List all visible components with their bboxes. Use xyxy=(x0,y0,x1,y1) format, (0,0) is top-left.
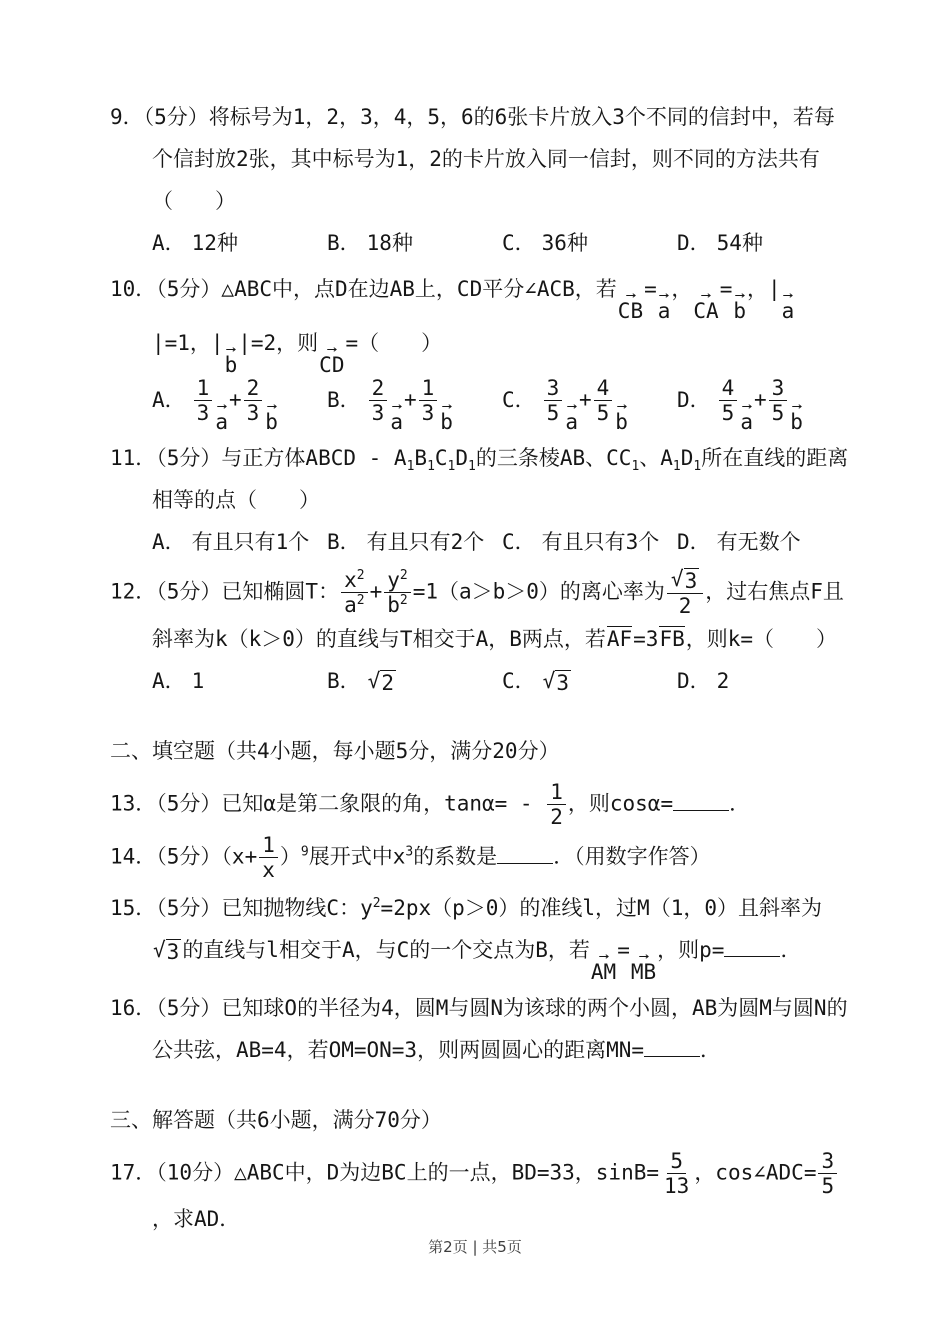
vector-a: →a xyxy=(215,402,228,433)
text-run: + xyxy=(579,388,592,412)
fraction-denominator: b2 xyxy=(384,593,410,617)
fraction: 1x xyxy=(259,833,278,882)
subscript: 1 xyxy=(427,459,435,474)
vector-base: MB xyxy=(631,961,656,983)
fraction: 13 xyxy=(194,376,213,425)
vector-base: AM xyxy=(591,961,616,983)
vector-arrow-icon: → xyxy=(327,345,338,354)
fraction-denominator: 3 xyxy=(194,401,213,425)
vector-base: a xyxy=(782,300,795,322)
radical-icon: √ xyxy=(153,939,166,964)
fraction-numerator: 1 xyxy=(194,376,213,401)
vector-b: →b xyxy=(790,402,803,433)
text-run: 1 xyxy=(197,376,210,400)
vector-arrow-icon: → xyxy=(266,402,277,411)
text-run: ，| xyxy=(747,277,781,301)
overline-AF: AF xyxy=(607,626,632,651)
option-label: D． xyxy=(677,231,711,255)
answer-blank xyxy=(497,843,553,864)
text-run: a xyxy=(344,593,357,617)
question-12: 12．（5分）已知椭圆T：x2a2+y2b2=1（a＞b＞0）的离心率为√32，… xyxy=(110,567,852,702)
exam-page: 9．（5分）将标号为1，2，3，4，5，6的6张卡片放入3个不同的信封中，若每个… xyxy=(0,0,950,1344)
option-label: C． xyxy=(502,530,536,554)
question-13: 13．（5分）已知α是第二象限的角，tanα= - 12，则cosα=． xyxy=(110,780,852,829)
question-11-option-D: D．有无数个 xyxy=(677,521,852,563)
answer-blank xyxy=(644,1036,700,1057)
vector-base: a xyxy=(565,411,578,433)
question-11: 11．（5分）与正方体ABCD - A1B1C1D1的三条棱AB、CC1、A1D… xyxy=(110,437,852,563)
overline-FB: FB xyxy=(659,626,684,651)
vector-CA: →CA xyxy=(693,291,718,322)
option-label: A． xyxy=(152,388,186,412)
vector-b: →b xyxy=(265,402,278,433)
fraction-denominator: 3 xyxy=(244,401,263,425)
option-label: A． xyxy=(152,669,186,693)
exam-content: 9．（5分）将标号为1，2，3，4，5，6的6张卡片放入3个不同的信封中，若每个… xyxy=(110,96,852,1244)
text-run: ．（用数字作答） xyxy=(553,845,711,869)
text-run: 13 xyxy=(664,1174,689,1198)
vector-base: CD xyxy=(319,354,344,376)
radical-icon: √ xyxy=(543,670,556,695)
fraction-numerator: 5 xyxy=(667,1149,686,1174)
text-run: 9．（5分）将标号为1，2，3，4，5，6的6张卡片放入3个不同的信封中，若每个… xyxy=(110,105,835,213)
vector-arrow-icon: → xyxy=(625,291,636,300)
text-run: 12种 xyxy=(192,231,238,255)
text-run: 15．（5分）已知抛物线C：y xyxy=(110,896,373,920)
radicand: 3 xyxy=(555,670,571,695)
fraction-denominator: 13 xyxy=(661,1174,692,1198)
sqrt-2: √2 xyxy=(368,670,396,695)
text-run: 54种 xyxy=(717,231,763,255)
fraction: 45 xyxy=(719,376,738,425)
fraction-numerator: 3 xyxy=(544,376,563,401)
text-run: ， xyxy=(671,277,692,301)
text-run: 的直线与l相交于A，与C的一个交点为B，若 xyxy=(182,938,590,962)
question-16: 16．（5分）已知球O的半径为4，圆M与圆N为该球的两个小圆，AB为圆M与圆N的… xyxy=(110,987,852,1071)
question-17-text: 17．（10分）△ABC中，D为边BC上的一点，BD=33，sinB=513，c… xyxy=(110,1149,852,1240)
question-11-option-A: A．有且只有1个 xyxy=(152,521,327,563)
question-9-options: A．12种B．18种C．36种D．54种 xyxy=(152,222,852,264)
fraction-denominator: 3 xyxy=(419,401,438,425)
text-run: 3 xyxy=(197,401,210,425)
text-run: 3 xyxy=(772,376,785,400)
question-11-option-B: B．有且只有2个 xyxy=(327,521,502,563)
text-run: 有无数个 xyxy=(717,530,801,554)
fraction-numerator: 1 xyxy=(259,833,278,858)
text-run: 2 xyxy=(372,376,385,400)
text-run: 的系数是 xyxy=(413,845,497,869)
vector-MB: →MB xyxy=(631,952,656,983)
vector-a: →a xyxy=(565,402,578,433)
text-run: |=1，| xyxy=(152,331,224,355)
vector-arrow-icon: → xyxy=(734,291,745,300)
text-run: 16．（5分）已知球O的半径为4，圆M与圆N为该球的两个小圆，AB为圆M与圆N的… xyxy=(110,996,848,1062)
vector-base: CA xyxy=(693,300,718,322)
radical-icon: √ xyxy=(368,670,381,695)
fraction-denominator: 5 xyxy=(769,401,788,425)
text-run: 17．（10分）△ABC中，D为边BC上的一点，BD=33，sinB= xyxy=(110,1160,659,1184)
text-run: ，则cosα= xyxy=(568,792,673,816)
subscript: 1 xyxy=(673,459,681,474)
text-run: + xyxy=(754,388,767,412)
fraction-numerator: √3 xyxy=(667,567,703,594)
question-14-text: 14．（5分）（x+1x）9展开式中x3的系数是．（用数字作答） xyxy=(110,833,852,882)
text-run: 13．（5分）已知α是第二象限的角，tanα= - xyxy=(110,792,545,816)
fraction: 23 xyxy=(244,376,263,425)
vector-CD: →CD xyxy=(319,345,344,376)
text-run: 1 xyxy=(550,780,563,804)
sqrt-3: √3 xyxy=(543,670,571,695)
question-11-options: A．有且只有1个B．有且只有2个C．有且只有3个D．有无数个 xyxy=(152,521,852,563)
question-11-option-C: C．有且只有3个 xyxy=(502,521,677,563)
question-14: 14．（5分）（x+1x）9展开式中x3的系数是．（用数字作答） xyxy=(110,833,852,882)
question-9: 9．（5分）将标号为1，2，3，4，5，6的6张卡片放入3个不同的信封中，若每个… xyxy=(110,96,852,264)
option-label: C． xyxy=(502,231,536,255)
text-run: 1 xyxy=(262,833,275,857)
question-15-text: 15．（5分）已知抛物线C：y2=2px（p＞0）的准线l，过M（1，0）且斜率… xyxy=(110,887,852,983)
fraction-numerator: 2 xyxy=(369,376,388,401)
subscript: 1 xyxy=(468,459,476,474)
text-run: 4 xyxy=(722,376,735,400)
question-11-text: 11．（5分）与正方体ABCD - A1B1C1D1的三条棱AB、CC1、A1D… xyxy=(110,437,852,521)
vector-base: b xyxy=(733,300,746,322)
radicand: 3 xyxy=(684,568,700,593)
text-run: 有且只有3个 xyxy=(542,530,660,554)
text-run: x xyxy=(262,858,275,882)
vector-arrow-icon: → xyxy=(391,402,402,411)
fraction-denominator: 5 xyxy=(544,401,563,425)
text-run: ，cos∠ADC= xyxy=(694,1160,816,1184)
text-run: + xyxy=(229,388,242,412)
radicand: 2 xyxy=(380,670,396,695)
option-label: A． xyxy=(152,231,186,255)
superscript: 3 xyxy=(405,845,413,860)
superscript: 2 xyxy=(400,568,408,583)
text-run: + xyxy=(404,388,417,412)
answer-blank xyxy=(724,936,780,957)
question-12-text: 12．（5分）已知椭圆T：x2a2+y2b2=1（a＞b＞0）的离心率为√32，… xyxy=(110,567,852,660)
section-header-answer: 三、解答题（共6小题，满分70分） xyxy=(110,1099,852,1141)
radicand: 3 xyxy=(166,939,182,964)
text-run: =1（a＞b＞0）的离心率为 xyxy=(413,579,665,603)
text-run: 3 xyxy=(422,401,435,425)
fraction-denominator: 5 xyxy=(719,401,738,425)
question-9-option-D: D．54种 xyxy=(677,222,852,264)
fraction: 35 xyxy=(818,1149,837,1198)
question-16-text: 16．（5分）已知球O的半径为4，圆M与圆N为该球的两个小圆，AB为圆M与圆N的… xyxy=(110,987,852,1071)
fraction-denominator: 5 xyxy=(594,401,613,425)
option-label: C． xyxy=(502,388,536,412)
vector-arrow-icon: → xyxy=(791,402,802,411)
vector-a: →a xyxy=(740,402,753,433)
text-run: 5 xyxy=(821,1174,834,1198)
vector-base: b xyxy=(615,411,628,433)
vector-base: b xyxy=(225,354,238,376)
text-run: B xyxy=(414,446,427,470)
text-run: C xyxy=(435,446,448,470)
option-label: B． xyxy=(327,231,361,255)
text-run: y xyxy=(387,568,400,592)
vector-arrow-icon: → xyxy=(598,952,609,961)
text-run: 展开式中x xyxy=(309,845,406,869)
vector-base: a xyxy=(215,411,228,433)
vector-arrow-icon: → xyxy=(226,345,237,354)
fraction: 35 xyxy=(544,376,563,425)
text-run: 5 xyxy=(597,401,610,425)
question-10-option-D: D．45→a+35→b xyxy=(677,376,852,433)
fraction: x2a2 xyxy=(341,568,367,617)
option-label: A． xyxy=(152,530,186,554)
fraction-numerator: 3 xyxy=(818,1149,837,1174)
text-run: ． xyxy=(780,938,801,962)
vector-base: b xyxy=(440,411,453,433)
vector-arrow-icon: → xyxy=(741,402,752,411)
fraction-numerator: y2 xyxy=(384,568,410,593)
option-label: B． xyxy=(327,669,361,693)
vector-CB: →CB xyxy=(618,291,643,322)
option-label: B． xyxy=(327,388,361,412)
fraction-denominator: 2 xyxy=(676,594,695,618)
text-run: = xyxy=(720,277,733,301)
option-label: D． xyxy=(677,530,711,554)
question-10-option-B: B．23→a+13→b xyxy=(327,376,502,433)
question-17: 17．（10分）△ABC中，D为边BC上的一点，BD=33，sinB=513，c… xyxy=(110,1149,852,1240)
text-run: 1 xyxy=(422,376,435,400)
option-label: B． xyxy=(327,530,361,554)
text-run: 有且只有1个 xyxy=(192,530,310,554)
text-run: 5 xyxy=(722,401,735,425)
vector-base: a xyxy=(658,300,671,322)
text-run: ） xyxy=(280,845,301,869)
question-9-text: 9．（5分）将标号为1，2，3，4，5，6的6张卡片放入3个不同的信封中，若每个… xyxy=(110,96,852,222)
fraction-numerator: 3 xyxy=(769,376,788,401)
text-run: ，则p= xyxy=(657,938,724,962)
superscript: 2 xyxy=(373,896,381,911)
vector-arrow-icon: → xyxy=(216,402,227,411)
fraction-denominator: 5 xyxy=(818,1174,837,1198)
text-run: 18种 xyxy=(367,231,413,255)
fraction-numerator: 4 xyxy=(719,376,738,401)
page-footer: 第2页 | 共5页 xyxy=(0,1236,950,1257)
vector-arrow-icon: → xyxy=(638,952,649,961)
question-10: 10．（5分）△ABC中，点D在边AB上，CD平分∠ACB，若→CB=→a，→C… xyxy=(110,268,852,433)
fraction-denominator: a2 xyxy=(341,593,367,617)
text-run: 2 xyxy=(679,594,692,618)
text-run: 的三条棱AB、CC xyxy=(476,446,632,470)
question-12-options: A．1B．√2C．√3D．2 xyxy=(152,660,852,702)
text-run: =3 xyxy=(633,627,658,651)
question-12-option-B: B．√2 xyxy=(327,660,502,702)
answer-blank xyxy=(673,790,729,811)
question-12-option-C: C．√3 xyxy=(502,660,677,702)
vector-AM: →AM xyxy=(591,952,616,983)
vector-arrow-icon: → xyxy=(659,291,670,300)
text-run: 36种 xyxy=(542,231,588,255)
text-run: =2px（p＞0）的准线l，过M（1，0）且斜率为 xyxy=(381,896,822,920)
question-9-option-A: A．12种 xyxy=(152,222,327,264)
text-run: D xyxy=(681,446,694,470)
radical-icon: √ xyxy=(671,568,684,593)
fraction: 13 xyxy=(419,376,438,425)
question-12-option-D: D．2 xyxy=(677,660,852,702)
superscript: 2 xyxy=(357,568,365,583)
vector-b: →b xyxy=(225,345,238,376)
text-run: = xyxy=(617,938,630,962)
question-9-option-B: B．18种 xyxy=(327,222,502,264)
text-run: 、A xyxy=(639,446,673,470)
fraction: √32 xyxy=(667,567,703,618)
option-label: C． xyxy=(502,669,536,693)
vector-b: →b xyxy=(733,291,746,322)
question-10-text: 10．（5分）△ABC中，点D在边AB上，CD平分∠ACB，若→CB=→a，→C… xyxy=(110,268,852,376)
vector-arrow-icon: → xyxy=(441,402,452,411)
vector-arrow-icon: → xyxy=(701,291,712,300)
text-run: 5 xyxy=(670,1149,683,1173)
text-run: 2 xyxy=(717,669,730,693)
option-label: D． xyxy=(677,388,711,412)
fraction-numerator: 4 xyxy=(594,376,613,401)
text-run: 2 xyxy=(550,805,563,829)
question-13-text: 13．（5分）已知α是第二象限的角，tanα= - 12，则cosα=． xyxy=(110,780,852,829)
vector-arrow-icon: → xyxy=(616,402,627,411)
vector-b: →b xyxy=(440,402,453,433)
text-run: + xyxy=(370,579,383,603)
text-run: 1 xyxy=(192,669,205,693)
superscript: 9 xyxy=(301,845,309,860)
text-run: 3 xyxy=(247,401,260,425)
fraction: 513 xyxy=(661,1149,692,1198)
question-15: 15．（5分）已知抛物线C：y2=2px（p＞0）的准线l，过M（1，0）且斜率… xyxy=(110,887,852,983)
fraction-numerator: 1 xyxy=(419,376,438,401)
text-run: 4 xyxy=(597,376,610,400)
fraction: y2b2 xyxy=(384,568,410,617)
text-run: 有且只有2个 xyxy=(367,530,485,554)
text-run: D xyxy=(455,446,468,470)
fraction-denominator: x xyxy=(259,858,278,882)
question-12-option-A: A．1 xyxy=(152,660,327,702)
question-10-options: A．13→a+23→bB．23→a+13→bC．35→a+45→bD．45→a+… xyxy=(152,376,852,433)
text-run: 12．（5分）已知椭圆T： xyxy=(110,579,339,603)
text-run: = xyxy=(644,277,657,301)
vector-a: →a xyxy=(658,291,671,322)
sqrt-3: √3 xyxy=(671,568,699,593)
vector-base: a xyxy=(390,411,403,433)
vector-base: b xyxy=(265,411,278,433)
text-run: 3 xyxy=(547,376,560,400)
section-header-fill-in: 二、填空题（共4小题，每小题5分，满分20分） xyxy=(110,730,852,772)
vector-b: →b xyxy=(615,402,628,433)
text-run: ，求AD． xyxy=(152,1207,240,1231)
vector-base: CB xyxy=(618,300,643,322)
fraction-numerator: x2 xyxy=(341,568,367,593)
fraction-denominator: 3 xyxy=(369,401,388,425)
fraction-numerator: 1 xyxy=(547,780,566,805)
question-10-option-A: A．13→a+23→b xyxy=(152,376,327,433)
question-10-option-C: C．35→a+45→b xyxy=(502,376,677,433)
vector-arrow-icon: → xyxy=(566,402,577,411)
fraction-denominator: 2 xyxy=(547,805,566,829)
fraction: 45 xyxy=(594,376,613,425)
text-run: ． xyxy=(729,792,750,816)
text-run: =（ ） xyxy=(345,331,442,355)
text-run: 5 xyxy=(547,401,560,425)
text-run: 5 xyxy=(772,401,785,425)
fraction-numerator: 2 xyxy=(244,376,263,401)
fraction: 23 xyxy=(369,376,388,425)
text-run: 11．（5分）与正方体ABCD - A xyxy=(110,446,407,470)
vector-base: b xyxy=(790,411,803,433)
superscript: 2 xyxy=(400,593,408,608)
question-9-option-C: C．36种 xyxy=(502,222,677,264)
vector-base: a xyxy=(740,411,753,433)
fraction: 12 xyxy=(547,780,566,829)
text-run: 14．（5分）（x+ xyxy=(110,845,257,869)
text-run: ，则k=（ ） xyxy=(686,627,837,651)
vector-a: →a xyxy=(390,402,403,433)
superscript: 2 xyxy=(357,593,365,608)
sqrt-3: √3 xyxy=(153,939,181,964)
text-run: 3 xyxy=(372,401,385,425)
text-run: 3 xyxy=(821,1149,834,1173)
option-label: D． xyxy=(677,669,711,693)
text-run: x xyxy=(344,568,357,592)
fraction: 35 xyxy=(769,376,788,425)
text-run: |=2，则 xyxy=(238,331,318,355)
text-run: ． xyxy=(700,1038,721,1062)
text-run: 2 xyxy=(247,376,260,400)
vector-arrow-icon: → xyxy=(783,291,794,300)
text-run: b xyxy=(387,593,400,617)
vector-a: →a xyxy=(782,291,795,322)
text-run: 10．（5分）△ABC中，点D在边AB上，CD平分∠ACB，若 xyxy=(110,277,617,301)
